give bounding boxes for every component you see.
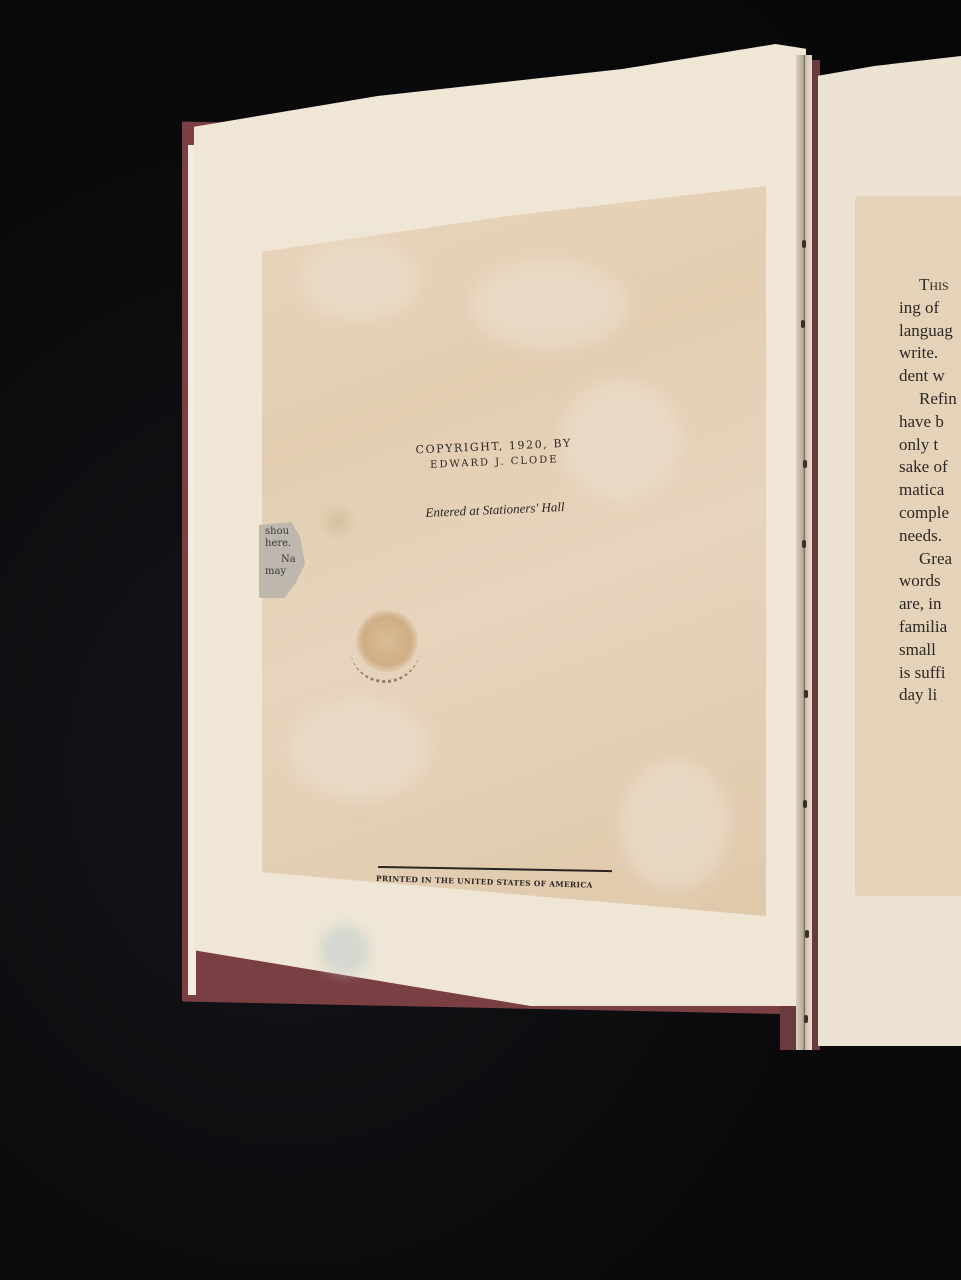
tan-mottle [300,240,420,320]
tan-mottle [620,760,730,890]
binding-thread [801,320,805,328]
binding-thread [803,460,807,468]
text-line: day li [899,684,961,707]
book-gutter [796,55,812,1050]
binding-thread [802,540,806,548]
text-line: sake of [899,456,961,479]
fragment-line: Na [265,554,305,566]
text-line: This [899,274,961,297]
binding-thread [803,800,807,808]
text-line: familia [899,616,961,639]
text-line: comple [899,502,961,525]
text-line: Refin [899,388,961,411]
binding-thread [805,930,809,938]
binding-thread [804,690,808,698]
preface-text: This ing of languag write. dent w Refin … [899,274,961,707]
text-line: dent w [899,365,961,388]
tan-mottle [470,260,630,350]
tan-mottle [290,700,430,800]
text-line: are, in [899,593,961,616]
text-line: languag [899,320,961,343]
text-line: small [899,639,961,662]
text-line: write. [899,342,961,365]
small-stain [320,500,356,544]
text-line: words [899,570,961,593]
text-line: is suffi [899,662,961,685]
text-line: only t [899,434,961,457]
text-line: Grea [899,548,961,571]
binding-thread [804,1015,808,1023]
text-line: have b [899,411,961,434]
text-line: ing of [899,297,961,320]
text-line: needs. [899,525,961,548]
text-line: matica [899,479,961,502]
binding-thread [802,240,806,248]
blue-smudge [320,925,370,975]
fragment-line: here. [265,538,305,550]
